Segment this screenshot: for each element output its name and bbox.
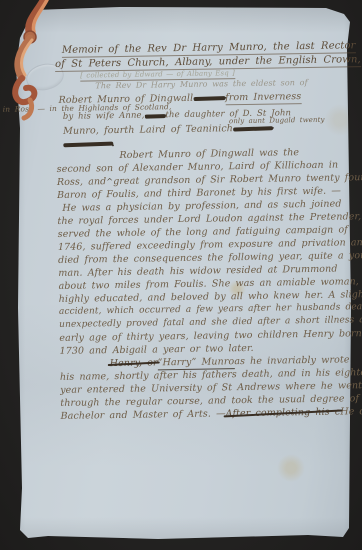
manuscript-text-segment: accident, which occurred a few years aft… <box>59 303 362 317</box>
manuscript-text-segment: early age of thirty years, leaving two c… <box>59 329 362 343</box>
manuscript-text-segment: ———— <box>193 93 225 103</box>
manuscript-text-segment: from Inverness <box>225 92 301 105</box>
struck-line: ——————. <box>63 139 113 149</box>
manuscript-text-segment: 1730 and Abigail a year or two later. <box>59 344 253 357</box>
manuscript-text-segment: After completing his c <box>226 408 341 419</box>
manuscript-text-segment: ————— <box>233 124 273 134</box>
manuscript-line: unexpectedly proved fatal and she died a… <box>59 316 362 330</box>
edit-line-5: Bachelor and Master of Arts. — After com… <box>61 407 362 422</box>
manuscript-line: early age of thirty years, leaving two c… <box>59 329 362 343</box>
manuscript-text-segment: Robert Munro of Dingwall was the <box>119 148 299 160</box>
manuscript-text-segment: He decid <box>340 407 362 417</box>
manuscript-text-segment: by his wife Anne, <box>63 112 145 122</box>
manuscript-text-segment: ——— <box>144 111 165 120</box>
manuscript-text-segment: Henry, or <box>110 358 158 368</box>
manuscript-text-segment: as he invariably wrote <box>234 355 349 366</box>
manuscript-text-segment: “Harry” Munro <box>158 357 235 370</box>
manuscript-line: 1730 and Abigail a year or two later. <box>59 344 253 357</box>
text-layer: Memoir of the Rev Dr Harry Munro, the la… <box>0 0 362 550</box>
photo-background: Memoir of the Rev Dr Harry Munro, the la… <box>0 0 362 550</box>
manuscript-line: accident, which occurred a few years aft… <box>59 303 362 317</box>
manuscript-text-segment: unexpectedly proved fatal and she died a… <box>59 316 362 330</box>
manuscript-text-segment: Munro, fourth Laird of Teaninich <box>63 124 233 136</box>
manuscript-line: Robert Munro of Dingwall was the <box>119 148 299 160</box>
manuscript-text-segment: ——————. <box>63 139 113 149</box>
faded-line: The Rev Dr Harry Munro was the eldest so… <box>95 79 307 90</box>
manuscript-text-segment: great grandson of Sir Robert Munro twent… <box>113 173 362 187</box>
manuscript-text-segment: Bachelor and Master of Arts. — <box>61 409 226 421</box>
manuscript-text-segment: Ross, and <box>57 177 107 187</box>
edit-line-3: Munro, fourth Laird of Teaninich ————— <box>63 124 273 137</box>
manuscript-text-segment: The Rev Dr Harry Munro was the eldest so… <box>95 79 307 90</box>
